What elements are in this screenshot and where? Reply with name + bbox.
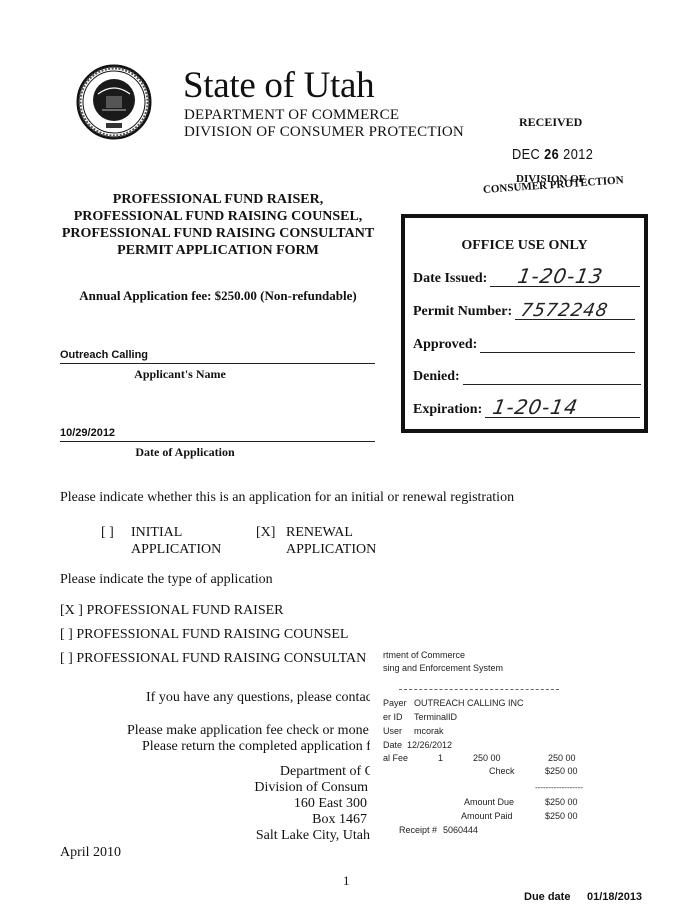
date-issued-row: Date Issued: 1-20-13 xyxy=(413,270,640,287)
renewal-label: RENEWAL APPLICATION xyxy=(286,524,386,558)
expiration-label: Expiration: xyxy=(413,402,482,418)
denied-field[interactable] xyxy=(463,368,641,385)
receipt-separator xyxy=(399,689,559,690)
permit-number-value: 7572248 xyxy=(519,300,610,321)
registration-question: Please indicate whether this is an appli… xyxy=(60,490,514,506)
address-line: Department of C xyxy=(280,764,370,780)
permit-number-field[interactable]: 7572248 xyxy=(515,303,635,320)
receipt-user-label: User xyxy=(383,726,402,736)
state-seal-icon xyxy=(76,64,152,140)
receipt-number-label: Receipt # xyxy=(399,825,437,835)
contact-return-line: Please return the completed application … xyxy=(142,739,370,755)
due-date-label: Due date xyxy=(524,891,570,903)
receipt-date-value: 12/26/2012 xyxy=(407,740,452,750)
receipt-user-value: mcorak xyxy=(414,726,444,736)
applicant-name-value[interactable]: Outreach Calling xyxy=(60,349,148,361)
type-label: PROFESSIONAL FUND RAISING CONSULTAN xyxy=(76,651,366,666)
form-revision-date: April 2010 xyxy=(60,845,121,861)
expiration-field[interactable]: 1-20-14 xyxy=(485,401,640,418)
type-label: PROFESSIONAL FUND RAISER xyxy=(86,603,283,618)
receipt-terminal-label: er ID xyxy=(383,712,403,722)
receipt-fee-qty: 1 xyxy=(438,753,443,763)
receipt-payer-value: OUTREACH CALLING INC xyxy=(414,698,524,708)
initial-label: INITIAL APPLICATION xyxy=(131,524,231,558)
permit-number-label: Permit Number: xyxy=(413,304,512,320)
stamp-month: DEC xyxy=(512,146,540,163)
page-number: 1 xyxy=(343,873,350,889)
application-date-label: Date of Application xyxy=(60,445,310,460)
address-line: 160 East 300 xyxy=(294,796,367,812)
receipt-payer-label: Payer xyxy=(383,698,407,708)
receipt-header-line2: sing and Enforcement System xyxy=(383,663,503,673)
initial-checkbox[interactable]: [ ] xyxy=(101,524,114,541)
form-title-line: PROFESSIONAL FUND RAISING COUNSEL, xyxy=(58,208,378,225)
received-stamp-date: DEC 26 2012 xyxy=(512,146,593,163)
receipt-total-separator: ------------------ xyxy=(535,783,583,792)
payment-receipt: rtment of Commerce sing and Enforcement … xyxy=(383,648,583,843)
applicant-name-label: Applicant's Name xyxy=(60,367,300,382)
type-checkbox[interactable]: [ ] xyxy=(60,651,73,666)
denied-row: Denied: xyxy=(413,368,641,385)
type-checkbox[interactable]: [X ] xyxy=(60,603,83,618)
date-issued-label: Date Issued: xyxy=(413,271,487,287)
office-use-title: OFFICE USE ONLY xyxy=(405,238,644,254)
receipt-terminal-value: TerminalID xyxy=(414,712,457,722)
form-title-line: PERMIT APPLICATION FORM xyxy=(58,242,378,259)
applicant-name-line xyxy=(60,363,375,364)
received-stamp: RECEIVED xyxy=(519,115,582,130)
application-date-value[interactable]: 10/29/2012 xyxy=(60,427,115,439)
application-type-question: Please indicate the type of application xyxy=(60,572,273,588)
application-fee: Annual Application fee: $250.00 (Non-ref… xyxy=(58,288,378,304)
approved-field[interactable] xyxy=(480,336,635,353)
office-use-box: OFFICE USE ONLY Date Issued: 1-20-13 Per… xyxy=(401,214,648,433)
receipt-fee-total: 250 00 xyxy=(548,753,576,763)
date-issued-field[interactable]: 1-20-13 xyxy=(490,270,640,287)
contact-check-line: Please make application fee check or mon… xyxy=(127,723,369,739)
type-option-consultant[interactable]: [ ] PROFESSIONAL FUND RAISING CONSULTAN xyxy=(60,651,366,667)
denied-label: Denied: xyxy=(413,369,460,385)
contact-questions: If you have any questions, please contac xyxy=(146,690,370,706)
form-title-line: PROFESSIONAL FUND RAISING CONSULTANT xyxy=(58,225,378,242)
type-option-fund-raiser[interactable]: [X ] PROFESSIONAL FUND RAISER xyxy=(60,603,284,619)
type-option-counsel[interactable]: [ ] PROFESSIONAL FUND RAISING COUNSEL xyxy=(60,627,348,643)
receipt-check-value: $250 00 xyxy=(545,766,578,776)
type-label: PROFESSIONAL FUND RAISING COUNSEL xyxy=(76,627,348,642)
due-date-value: 01/18/2013 xyxy=(587,891,642,903)
expiration-value: 1-20-14 xyxy=(491,395,580,419)
department-name: DEPARTMENT OF COMMERCE xyxy=(184,107,399,124)
address-line: Box 1467 xyxy=(312,812,367,828)
form-title: PROFESSIONAL FUND RAISER, PROFESSIONAL F… xyxy=(58,191,378,259)
permit-number-row: Permit Number: 7572248 xyxy=(413,303,635,320)
stamp-year: 2012 xyxy=(563,146,593,163)
receipt-header-line1: rtment of Commerce xyxy=(383,650,465,660)
approved-label: Approved: xyxy=(413,337,477,353)
renewal-checkbox[interactable]: [X] xyxy=(256,524,275,541)
address-line-last: Salt Lake City, Utah xyxy=(254,828,370,844)
state-title: State of Utah xyxy=(183,66,374,106)
application-date-line xyxy=(60,441,375,442)
contact-section: If you have any questions, please contac… xyxy=(0,690,370,830)
receipt-amount-due-label: Amount Due xyxy=(464,797,514,807)
receipt-date-label: Date xyxy=(383,740,402,750)
receipt-amount-paid-value: $250 00 xyxy=(545,811,578,821)
division-name: DIVISION OF CONSUMER PROTECTION xyxy=(184,124,464,141)
approved-row: Approved: xyxy=(413,336,635,353)
receipt-amount-due-value: $250 00 xyxy=(545,797,578,807)
receipt-amount-paid-label: Amount Paid xyxy=(461,811,513,821)
receipt-fee-label: al Fee xyxy=(383,753,408,763)
form-title-line: PROFESSIONAL FUND RAISER, xyxy=(58,191,378,208)
receipt-fee-unit: 250 00 xyxy=(473,753,501,763)
date-issued-value: 1-20-13 xyxy=(516,264,605,288)
receipt-number-value: 5060444 xyxy=(443,825,478,835)
address-line: Division of Consum xyxy=(254,780,368,796)
receipt-check-label: Check xyxy=(489,766,515,776)
type-checkbox[interactable]: [ ] xyxy=(60,627,73,642)
stamp-day: 26 xyxy=(544,146,559,163)
expiration-row: Expiration: 1-20-14 xyxy=(413,401,640,418)
